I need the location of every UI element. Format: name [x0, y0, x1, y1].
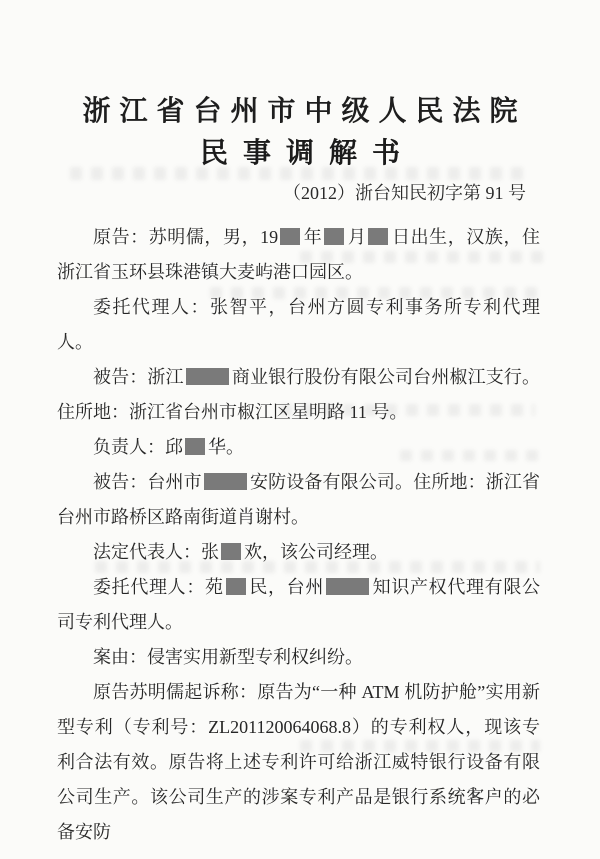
paragraph: 原告：苏明儒，男，19年月日出生，汉族，住浙江省玉环县珠港镇大麦屿港口园区。	[57, 220, 540, 290]
redaction-box	[204, 473, 247, 490]
redaction-box	[226, 578, 246, 595]
paragraph: 案由：侵害实用新型专利权纠纷。	[57, 640, 540, 675]
redaction-box	[324, 228, 344, 245]
document-body: 原告：苏明儒，男，19年月日出生，汉族，住浙江省玉环县珠港镇大麦屿港口园区。委托…	[57, 220, 540, 850]
case-number: （2012）浙台知民初字第 91 号	[0, 181, 600, 205]
redaction-box	[185, 438, 205, 455]
paragraph: 被告：浙江商业银行股份有限公司台州椒江支行。住所地：浙江省台州市椒江区星明路 1…	[57, 360, 540, 430]
paragraph: 委托代理人：苑民，台州知识产权代理有限公司专利代理人。	[57, 570, 540, 640]
redaction-box	[186, 368, 229, 385]
page-number: - 1 -	[449, 783, 502, 803]
redaction-box	[368, 228, 388, 245]
document-page: 浙江省台州市中级人民法院 民事调解书 （2012）浙台知民初字第 91 号 原告…	[0, 0, 600, 859]
redaction-box	[326, 578, 369, 595]
document-title: 民事调解书	[0, 136, 600, 172]
paragraph: 原告苏明儒起诉称：原告为“一种 ATM 机防护舱”实用新型专利（专利号：ZL20…	[57, 675, 540, 850]
redaction-box	[280, 228, 300, 245]
court-name: 浙江省台州市中级人民法院	[0, 0, 600, 129]
redaction-box	[221, 543, 241, 560]
paragraph: 委托代理人：张智平，台州方圆专利事务所专利代理人。	[57, 290, 540, 360]
paragraph: 负责人：邱华。	[57, 430, 540, 465]
paragraph: 法定代表人：张欢，该公司经理。	[57, 535, 540, 570]
paragraph: 被告：台州市安防设备有限公司。住所地：浙江省台州市路桥区路南街道肖谢村。	[57, 465, 540, 535]
